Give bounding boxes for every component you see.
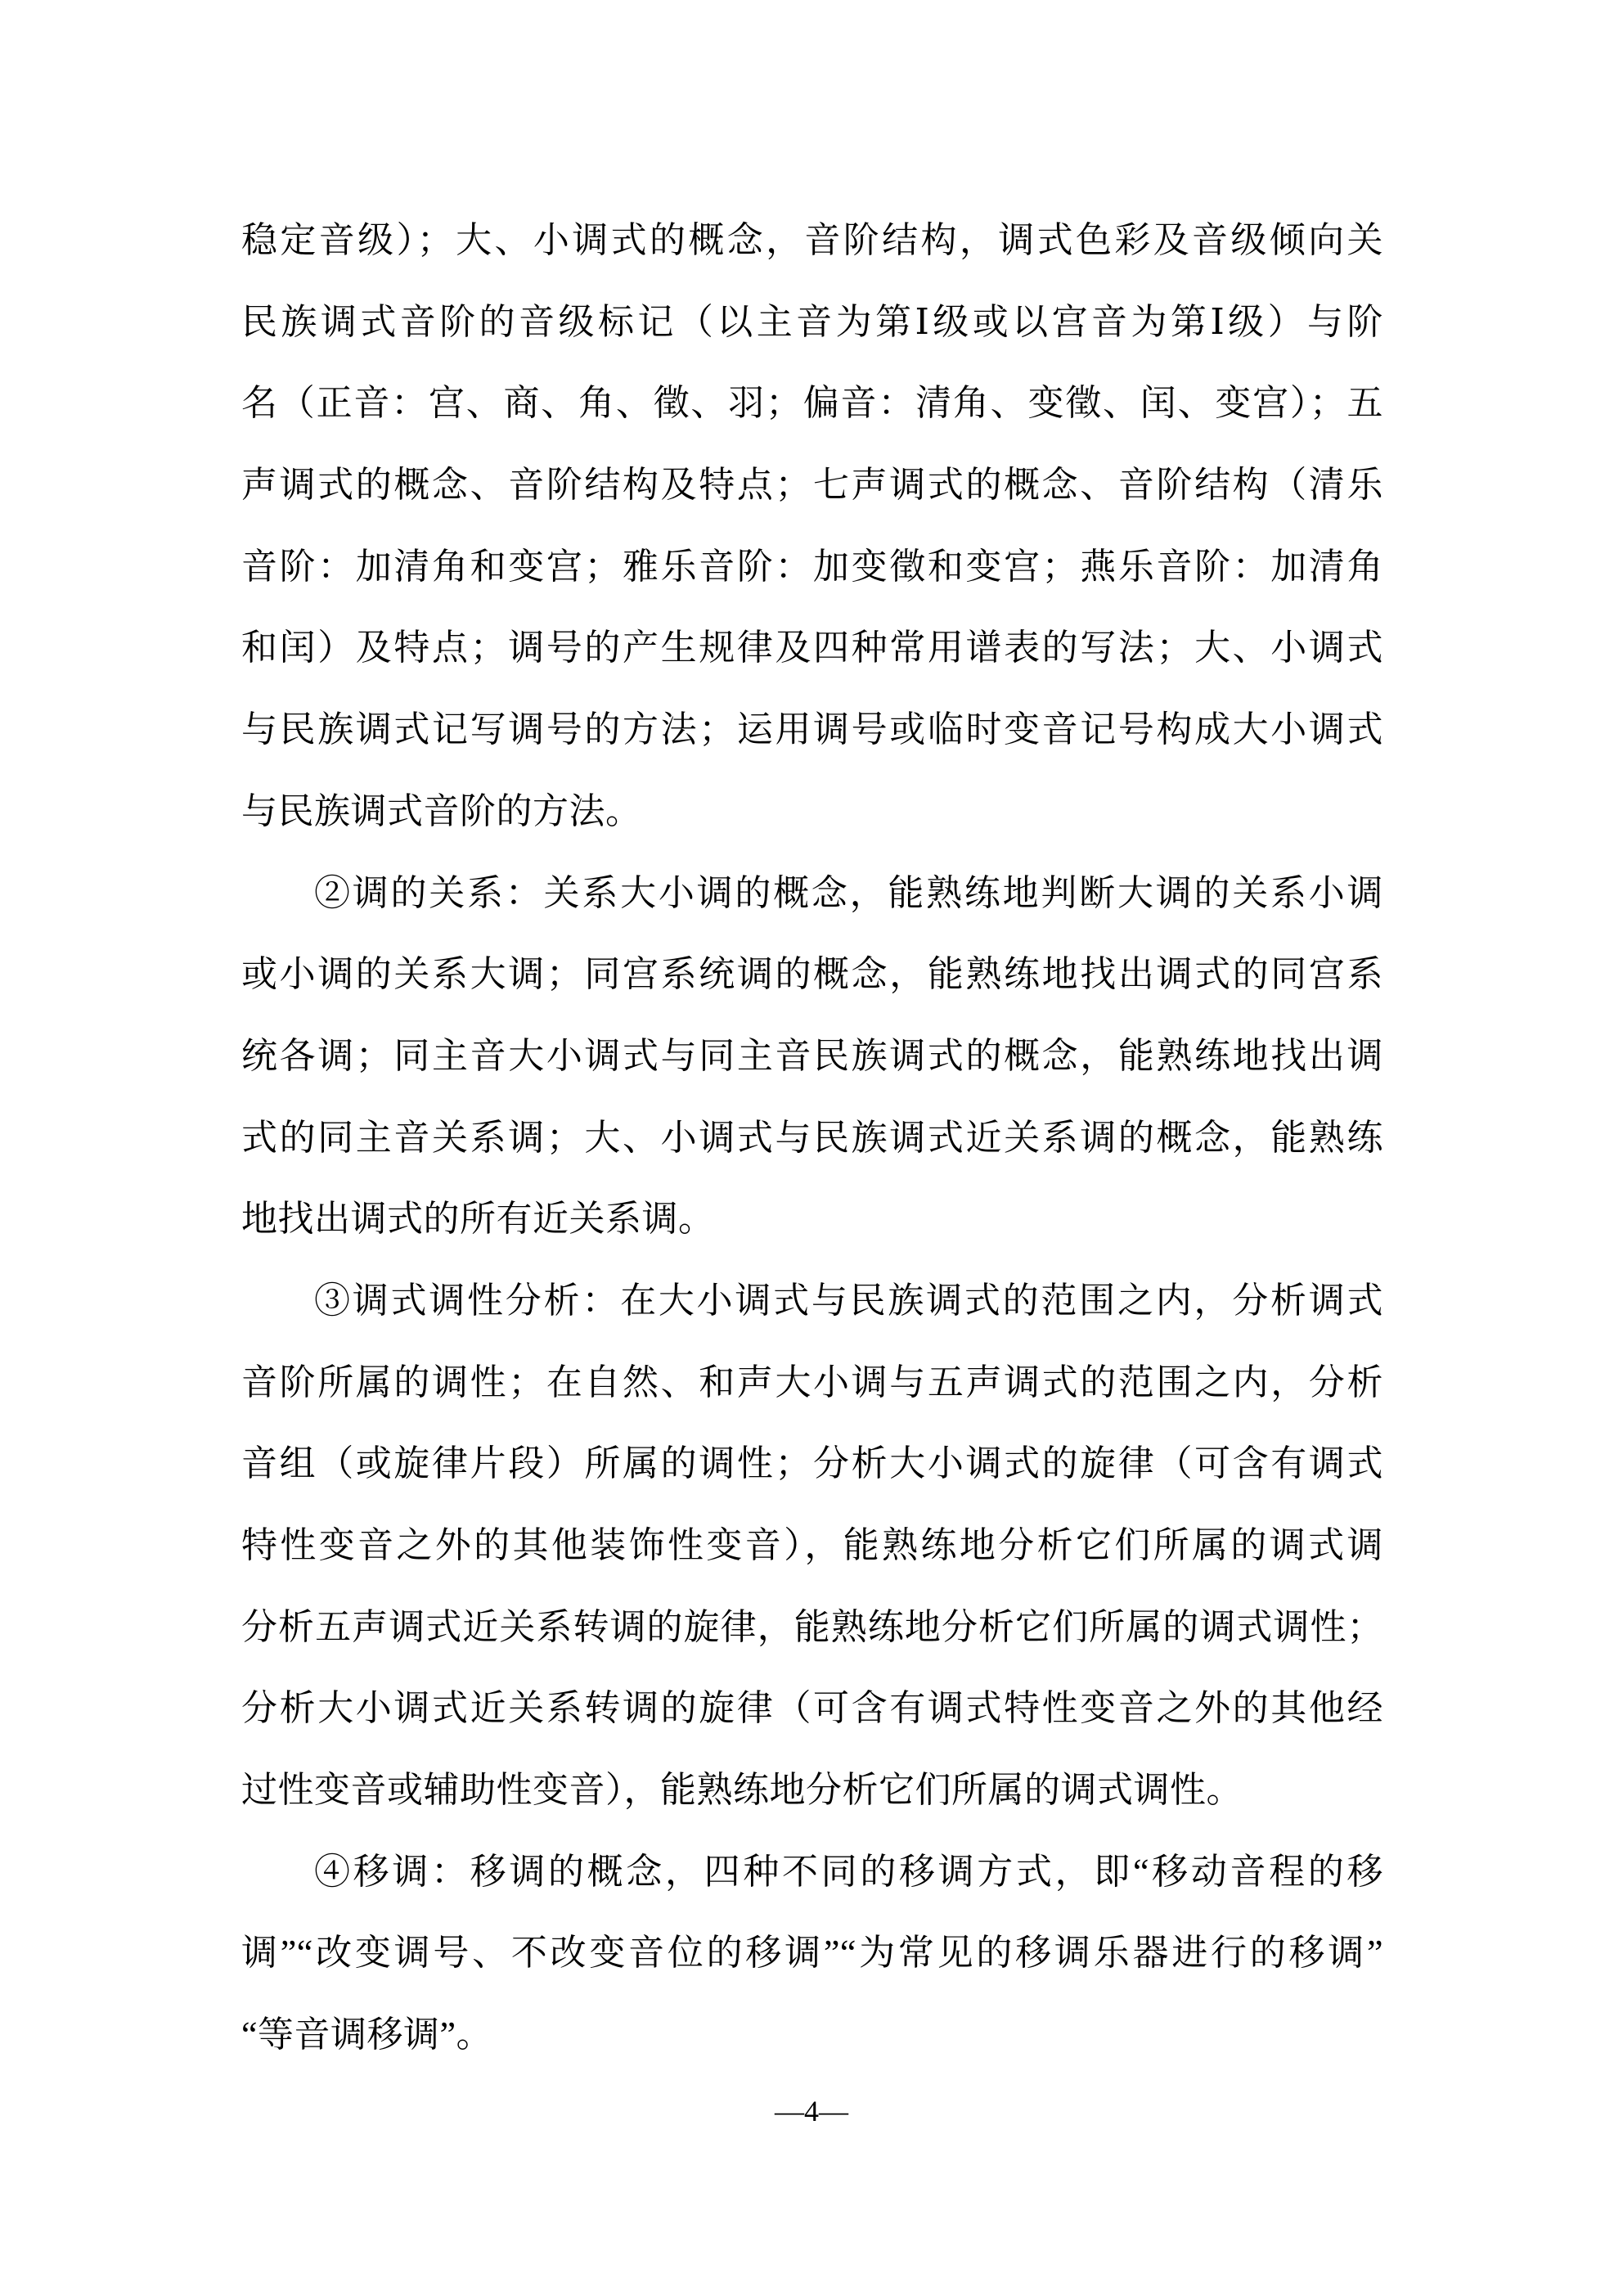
text-line: 稳定音级）；大、小调式的概念，音阶结构，调式色彩及音级倾向关系； xyxy=(241,200,1383,281)
text-line: 统各调；同主音大小调式与同主音民族调式的概念，能熟练地找出调 xyxy=(241,1015,1383,1097)
text-line: 音阶所属的调性；在自然、和声大小调与五声调式的范围之内，分析 xyxy=(241,1342,1383,1424)
text-line: 式的同主音关系调；大、小调式与民族调式近关系调的概念，能熟练 xyxy=(241,1097,1383,1179)
text-line: 声调式的概念、音阶结构及特点；七声调式的概念、音阶结构（清乐 xyxy=(241,444,1383,526)
text-line: 名（正音：宫、商、角、徵、羽；偏音：清角、变徵、闰、变宫）；五 xyxy=(241,362,1383,444)
text-line: 地找出调式的所有近关系调。 xyxy=(241,1178,1383,1260)
text-line: 或小调的关系大调；同宫系统调的概念，能熟练地找出调式的同宫系 xyxy=(241,934,1383,1015)
text-line: 音组（或旋律片段）所属的调性；分析大小调式的旋律（可含有调式 xyxy=(241,1423,1383,1505)
text-line: 与民族调式记写调号的方法；运用调号或临时变音记号构成大小调式 xyxy=(241,689,1383,771)
text-line: 与民族调式音阶的方法。 xyxy=(241,771,1383,853)
text-line: 分析五声调式近关系转调的旋律，能熟练地分析它们所属的调式调性； xyxy=(241,1587,1383,1668)
text-line: 特性变音之外的其他装饰性变音），能熟练地分析它们所属的调式调性； xyxy=(241,1505,1383,1587)
text-line: ②调的关系：关系大小调的概念，能熟练地判断大调的关系小调 xyxy=(241,853,1383,934)
text-line: “等音调移调”。 xyxy=(241,1994,1383,2076)
text-line: 过性变音或辅助性变音），能熟练地分析它们所属的调式调性。 xyxy=(241,1749,1383,1831)
text-line: 民族调式音阶的音级标记（以主音为第Ⅰ级或以宫音为第Ⅰ级）与阶 xyxy=(241,281,1383,363)
text-line: 分析大小调式近关系转调的旋律（可含有调式特性变音之外的其他经 xyxy=(241,1668,1383,1749)
text-line: 音阶：加清角和变宫；雅乐音阶：加变徵和变宫；燕乐音阶：加清角 xyxy=(241,526,1383,608)
text-line: 和闰）及特点；调号的产生规律及四种常用谱表的写法；大、小调式 xyxy=(241,607,1383,689)
text-line: 调”“改变调号、不改变音位的移调”“为常见的移调乐器进行的移调” xyxy=(241,1912,1383,1994)
text-line: ③调式调性分析：在大小调式与民族调式的范围之内，分析调式 xyxy=(241,1260,1383,1342)
text-line: ④移调：移调的概念，四种不同的移调方式，即“移动音程的移 xyxy=(241,1831,1383,1913)
page-number: —4— xyxy=(0,2091,1623,2131)
document-page: 稳定音级）；大、小调式的概念，音阶结构，调式色彩及音级倾向关系； 民族调式音阶的… xyxy=(0,0,1623,2296)
text-body: 稳定音级）；大、小调式的概念，音阶结构，调式色彩及音级倾向关系； 民族调式音阶的… xyxy=(241,200,1383,2076)
